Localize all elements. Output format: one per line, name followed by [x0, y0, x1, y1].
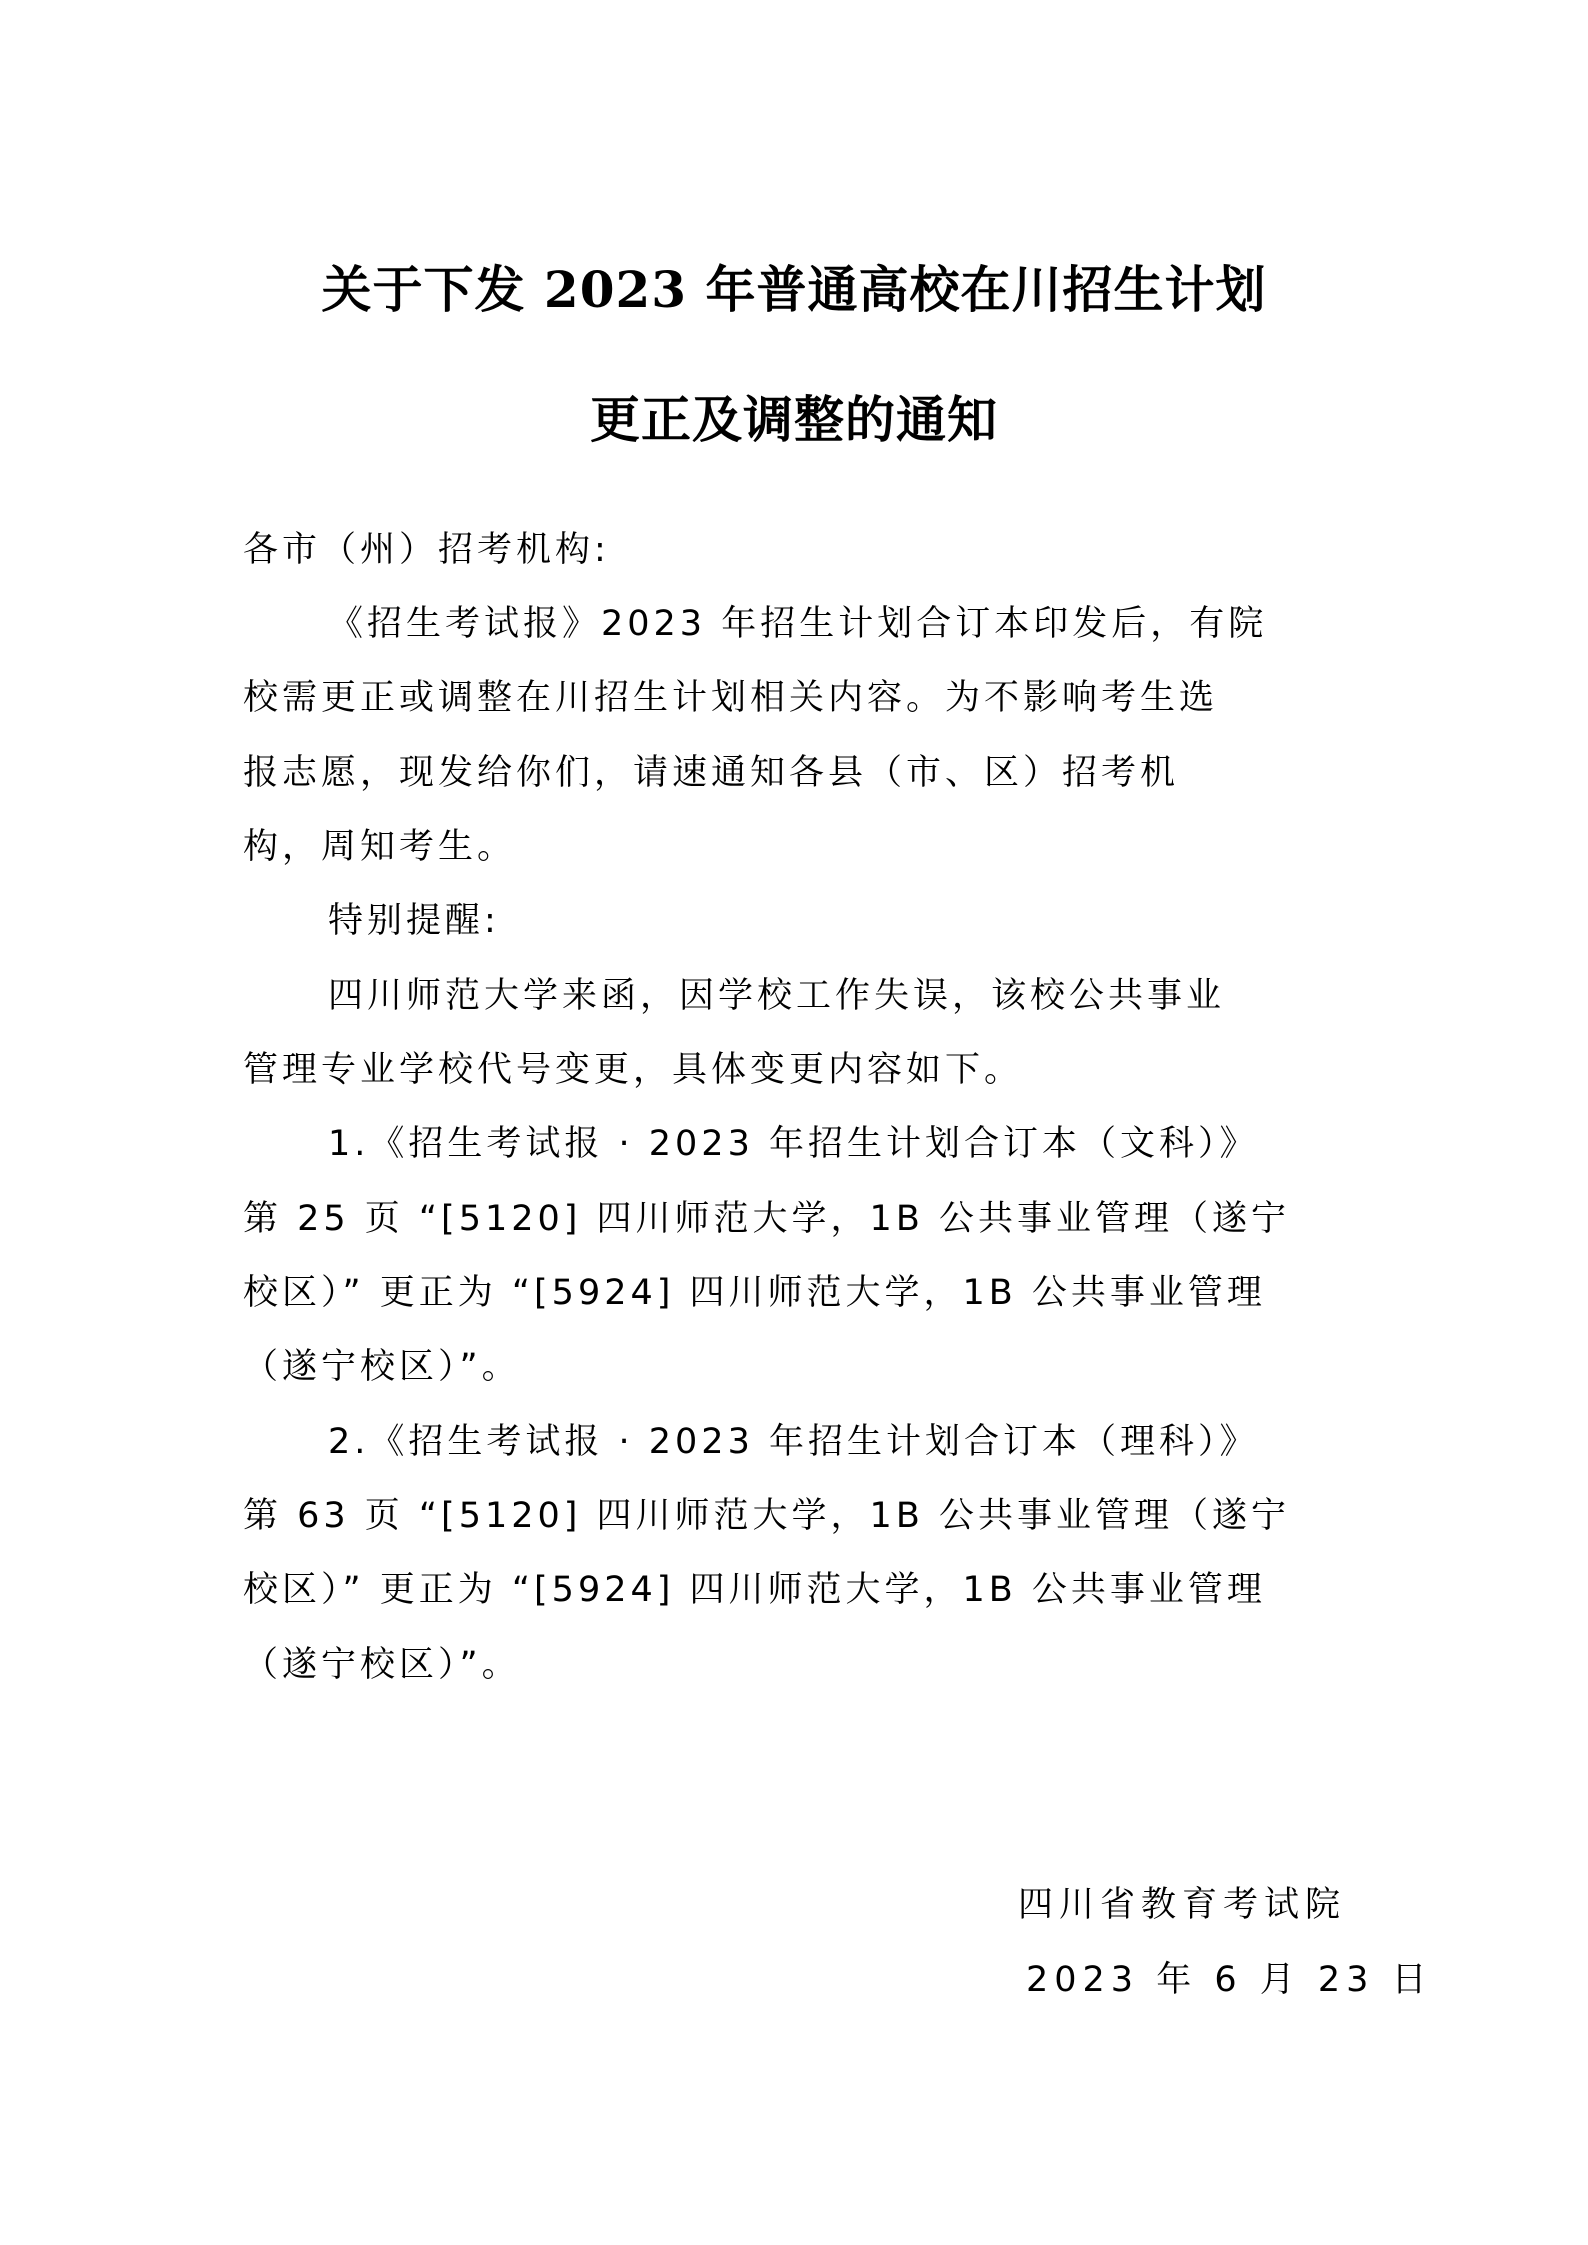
- item1-line-4: （遂宁校区）”。: [243, 1345, 1353, 1389]
- intro-line-4: 构，周知考生。: [243, 825, 1353, 869]
- item2-line-4: （遂宁校区）”。: [243, 1643, 1353, 1687]
- reminder-line-2: 管理专业学校代号变更，具体变更内容如下。: [243, 1048, 1353, 1092]
- intro-line-1: 《招生考试报》2023 年招生计划合订本印发后，有院: [328, 602, 1353, 646]
- document-title-line-1: 关于下发 2023 年普通高校在川招生计划: [0, 260, 1588, 320]
- item1-line-1: 1.《招生考试报 · 2023 年招生计划合订本（文科）》: [328, 1122, 1353, 1166]
- item2-line-3: 校区）” 更正为 “[5924] 四川师范大学，1B 公共事业管理: [243, 1568, 1353, 1612]
- item1-line-3: 校区）” 更正为 “[5924] 四川师范大学，1B 公共事业管理: [243, 1271, 1353, 1315]
- item2-line-2: 第 63 页 “[5120] 四川师范大学，1B 公共事业管理（遂宁: [243, 1494, 1353, 1538]
- signature-date: 2023 年 6 月 23 日: [1026, 1958, 1433, 2002]
- document-page: 关于下发 2023 年普通高校在川招生计划 更正及调整的通知 各市（州）招考机构…: [0, 0, 1588, 2245]
- reminder-heading: 特别提醒:: [328, 899, 1438, 943]
- intro-line-3: 报志愿，现发给你们，请速通知各县（市、区）招考机: [243, 751, 1353, 795]
- reminder-line-1: 四川师范大学来函，因学校工作失误，该校公共事业: [328, 974, 1353, 1018]
- intro-line-2: 校需更正或调整在川招生计划相关内容。为不影响考生选: [243, 676, 1353, 720]
- item2-line-1: 2.《招生考试报 · 2023 年招生计划合订本（理科）》: [328, 1420, 1353, 1464]
- salutation: 各市（州）招考机构:: [243, 528, 1353, 572]
- signature-organization: 四川省教育考试院: [1018, 1883, 1346, 1927]
- document-title-line-2: 更正及调整的通知: [0, 390, 1588, 450]
- item1-line-2: 第 25 页 “[5120] 四川师范大学，1B 公共事业管理（遂宁: [243, 1197, 1353, 1241]
